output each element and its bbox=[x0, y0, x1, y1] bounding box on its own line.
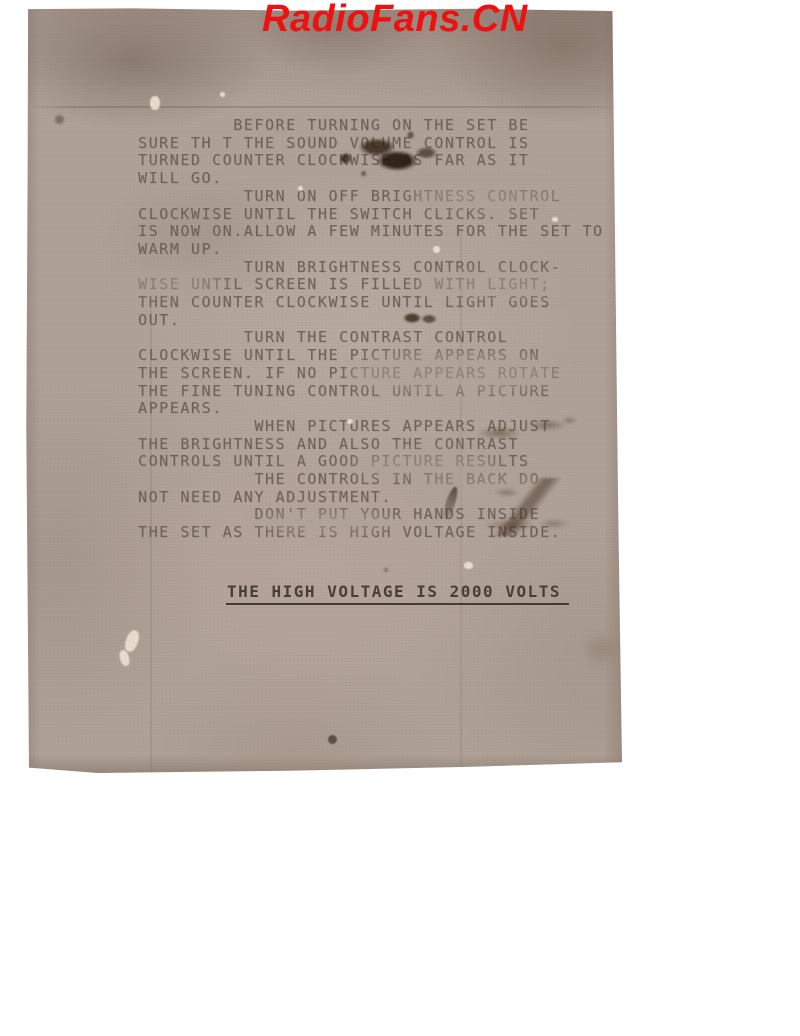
typed-line: THE BRIGHTNESS AND ALSO THE CONTRAST bbox=[138, 436, 604, 454]
high-voltage-warning-heading: THE HIGH VOLTAGE IS 2000 VOLTS bbox=[226, 582, 569, 605]
typed-line: TURN BRIGHTNESS CONTROL CLOCK- bbox=[138, 259, 604, 277]
paper-speck bbox=[433, 246, 440, 253]
paper-speck bbox=[298, 186, 303, 191]
typed-line: CLOCKWISE UNTIL THE SWITCH CLICKS. SET bbox=[138, 206, 604, 224]
typed-text-block: BEFORE TURNING ON THE SET BESURE TH T TH… bbox=[138, 117, 604, 542]
typed-line: THE SET AS THERE IS HIGH VOLTAGE INSIDE. bbox=[138, 524, 604, 542]
typed-line: WISE UNTIL SCREEN IS FILLED WITH LIGHT; bbox=[138, 276, 604, 294]
typed-line: TURNED COUNTER CLOCKWISE AS FAR AS IT bbox=[138, 152, 604, 170]
typed-line: WARM UP. bbox=[138, 241, 604, 259]
paper-crease-horizontal bbox=[26, 106, 622, 108]
typed-line: SURE TH T THE SOUND VOLUME CONTROL IS bbox=[138, 135, 604, 153]
typed-line: OUT. bbox=[138, 312, 604, 330]
typed-line: APPEARS. bbox=[138, 400, 604, 418]
typed-line: CLOCKWISE UNTIL THE PICTURE APPEARS ON bbox=[138, 347, 604, 365]
typed-line: BEFORE TURNING ON THE SET BE bbox=[138, 117, 604, 135]
typed-line: THEN COUNTER CLOCKWISE UNTIL LIGHT GOES bbox=[138, 294, 604, 312]
typed-line: THE CONTROLS IN THE BACK DO bbox=[138, 471, 604, 489]
paper-stain bbox=[571, 623, 631, 675]
radiofans-watermark: RadioFans.CN bbox=[262, 0, 528, 40]
typed-line: WILL GO. bbox=[138, 170, 604, 188]
typed-line: WHEN PICTURES APPEARS ADJUST bbox=[138, 418, 604, 436]
typed-line: TURN ON OFF BRIGHTNESS CONTROL bbox=[138, 188, 604, 206]
paper-speck bbox=[464, 562, 473, 569]
typed-line: NOT NEED ANY ADJUSTMENT. bbox=[138, 489, 604, 507]
typed-line: THE SCREEN. IF NO PICTURE APPEARS ROTATE bbox=[138, 365, 604, 383]
ink-mark bbox=[381, 564, 391, 576]
typed-line: CONTROLS UNTIL A GOOD PICTURE RESULTS bbox=[138, 453, 604, 471]
typed-line: IS NOW ON.ALLOW A FEW MINUTES FOR THE SE… bbox=[138, 223, 604, 241]
typed-line: TURN THE CONTRAST CONTROL bbox=[138, 329, 604, 347]
paper-speck bbox=[347, 419, 353, 424]
paper-speck bbox=[220, 92, 225, 97]
scanned-document-page: BEFORE TURNING ON THE SET BESURE TH T TH… bbox=[0, 0, 800, 1036]
paper-sheet: BEFORE TURNING ON THE SET BESURE TH T TH… bbox=[26, 8, 622, 773]
paper-speck bbox=[150, 96, 160, 110]
typed-line: THE FINE TUNING CONTROL UNTIL A PICTURE bbox=[138, 383, 604, 401]
ink-dot bbox=[55, 115, 64, 124]
ink-dot bbox=[328, 735, 337, 744]
typed-line: DON'T PUT YOUR HANDS INSIDE bbox=[138, 506, 604, 524]
paper-speck bbox=[552, 217, 558, 222]
